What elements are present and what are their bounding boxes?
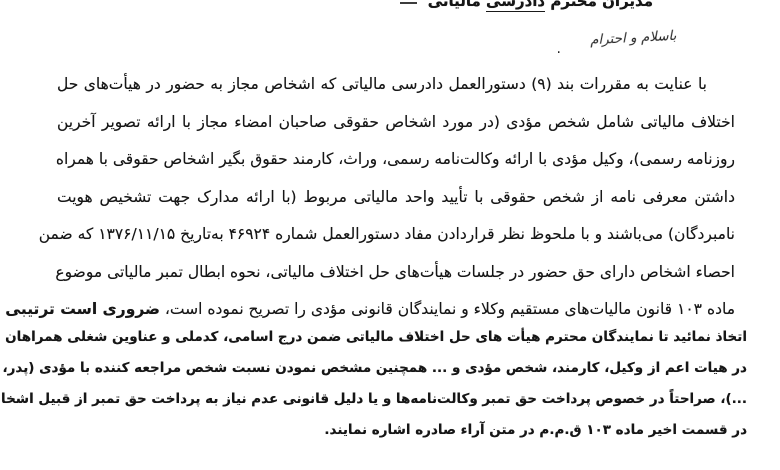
document-title-suffix: مالیاتی: [428, 0, 486, 10]
document-title-prefix: مدیران محترم: [545, 0, 653, 10]
paragraph-line: با عنایت به مقررات بند (۹) دستورالعمل دا…: [57, 66, 735, 104]
body-paragraph-bold: اتخاذ نمائید تا نمایندگان محترم هیأت های…: [32, 322, 747, 446]
paragraph-line-regular-part: ماده ۱۰۳ قانون مالیات‌های مستقیم وکلاء و…: [160, 300, 735, 318]
body-paragraph-main: با عنایت به مقررات بند (۹) دستورالعمل دا…: [57, 66, 735, 329]
document-page: مدیران محترم دادرسی مالیاتی باسلام و احت…: [0, 0, 780, 470]
paragraph-line: روزنامه رسمی)، وکیل مؤدی با ارائه وکالت‌…: [57, 141, 735, 179]
paragraph-line: در قسمت اخیر ماده ۱۰۳ ق.م.م در متن آراء …: [32, 415, 747, 446]
paragraph-line: ...)، صراحتاً در خصوص پرداخت حق تمبر وکا…: [32, 384, 747, 415]
paragraph-line: اتخاذ نمائید تا نمایندگان محترم هیأت های…: [32, 322, 747, 353]
underscore-mark: [400, 2, 417, 4]
document-title: مدیران محترم دادرسی مالیاتی: [400, 0, 653, 10]
paragraph-line: نامبردگان) می‌باشند و با ملحوظ نظر قرارد…: [57, 216, 735, 254]
greeting-period-mark: .: [557, 41, 561, 57]
paragraph-line: اختلاف مالیاتی شامل شخص مؤدی (در مورد اش…: [57, 104, 735, 142]
paragraph-line: در هیات اعم از وکیل، کارمند، شخص مؤدی و …: [32, 353, 747, 384]
handwritten-greeting: باسلام و احترام: [589, 28, 676, 49]
document-title-underlined-word: دادرسی: [486, 0, 545, 12]
emphasis-text: ضروری است ترتیبی: [5, 300, 160, 318]
paragraph-line: داشتن معرفی نامه از شخص حقوقی با تأیید و…: [57, 179, 735, 217]
paragraph-line: احصاء اشخاص دارای حق حضور در جلسات هیأت‌…: [57, 254, 735, 292]
